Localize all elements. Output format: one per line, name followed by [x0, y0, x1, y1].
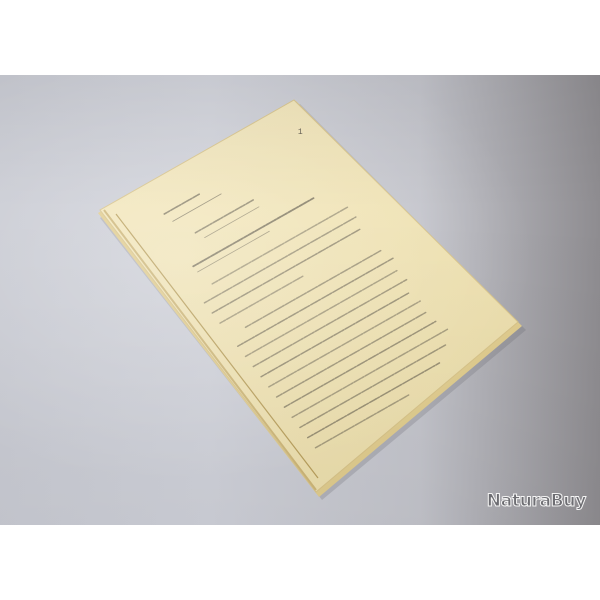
product-photo: 1 NaturaBuy [0, 75, 600, 525]
page-number: 1 [298, 128, 303, 137]
naturabuy-watermark: NaturaBuy [487, 491, 586, 511]
document-page: 1 [0, 75, 600, 525]
